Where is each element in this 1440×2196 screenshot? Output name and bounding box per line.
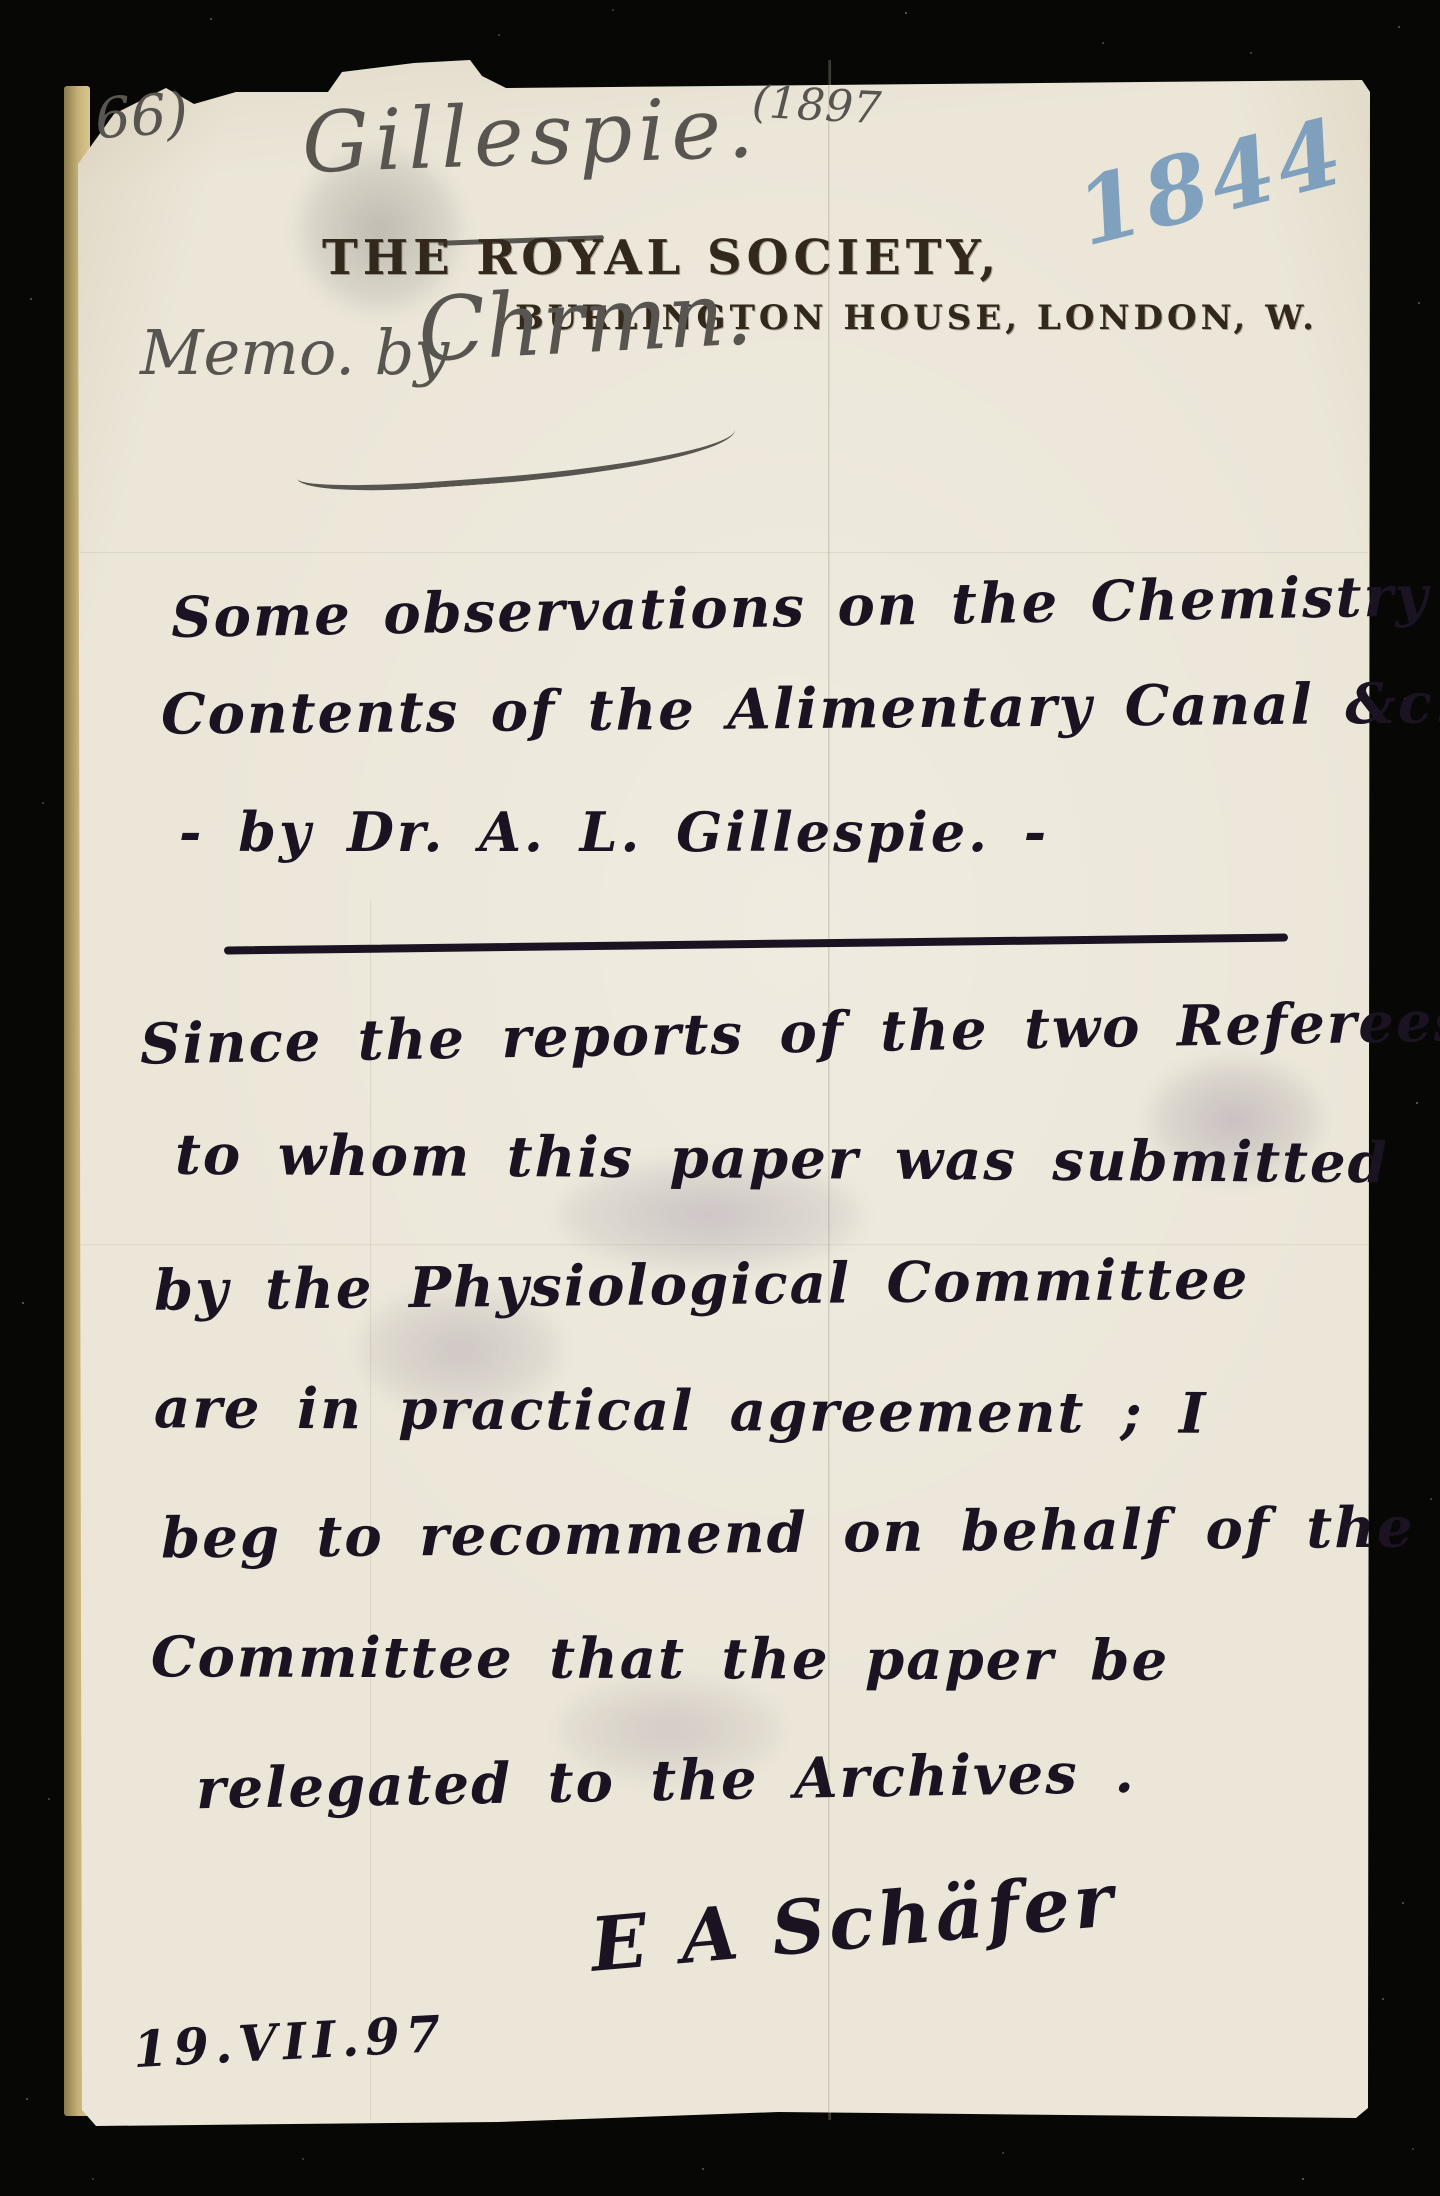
body-line-4: are in practical agreement ; I [154, 1375, 1208, 1447]
body-line-2: to whom this paper was submitted [175, 1122, 1389, 1196]
title-line-2: Contents of the Alimentary Canal &c. [161, 670, 1440, 747]
body-line-3: by the Physiological Committee [154, 1246, 1250, 1323]
pencil-year-annotation: (1897 [751, 77, 883, 135]
body-line-5: beg to recommend on behalf of the [161, 1495, 1415, 1572]
author-heading: Gillespie. [300, 78, 761, 192]
memo-note-chairman: Chrmn. [416, 261, 755, 381]
body-line-6: Committee that the paper be [151, 1624, 1169, 1694]
photo-mount-background: { "document": { "page_number": "66)", "a… [0, 0, 1440, 2196]
page-number: 66) [93, 81, 190, 152]
dust-speckles [0, 0, 2, 2]
memo-note-prefix: Memo. by [140, 316, 449, 389]
byline: - by Dr. A. L. Gillespie. - [179, 800, 1049, 864]
